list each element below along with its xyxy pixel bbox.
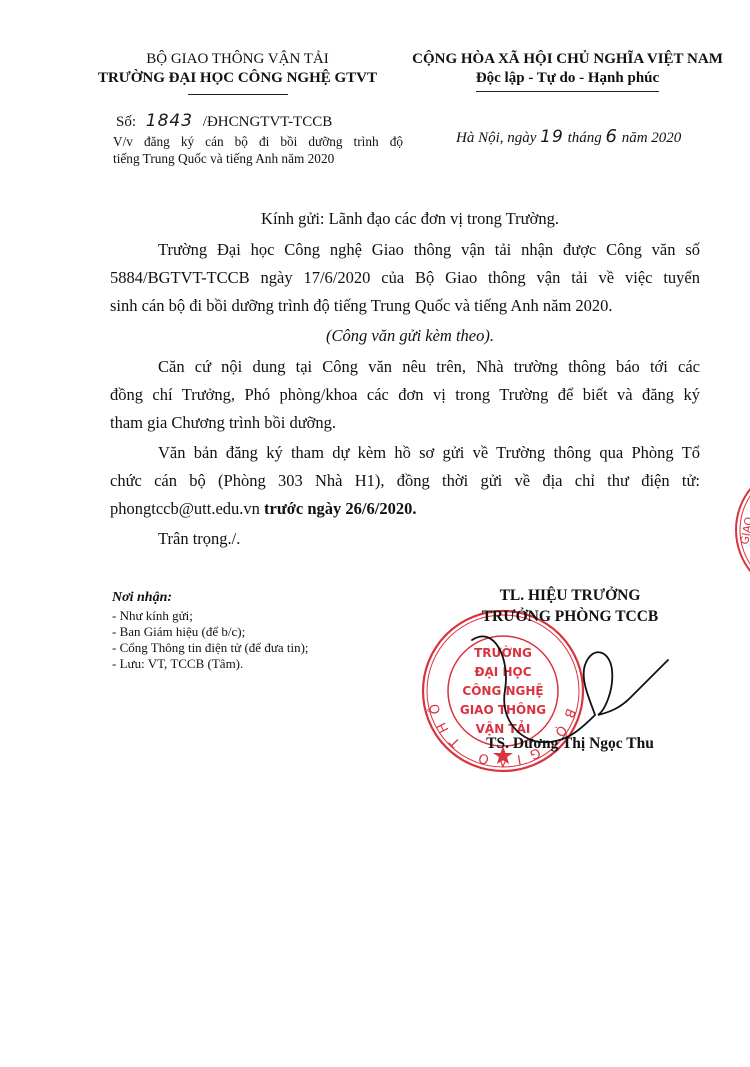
paragraph-line: sinh cán bộ đi bồi dưỡng trình độ tiếng …: [110, 292, 700, 320]
paragraph-line: phongtccb@utt.edu.vn trước ngày 26/6/202…: [110, 495, 700, 523]
signer-name: TS. Dương Thị Ngọc Thu: [410, 735, 730, 753]
partial-stamp-icon: GIAO: [722, 460, 750, 600]
recipient-item: - Ban Giám hiệu (để b/c);: [112, 624, 309, 640]
header-left: BỘ GIAO THÔNG VẬN TẢI TRƯỜNG ĐẠI HỌC CÔN…: [95, 50, 380, 95]
ministry-name: BỘ GIAO THÔNG VẬN TẢI: [95, 50, 380, 69]
paragraph-line: chức cán bộ (Phòng 303 Nhà H1), đồng thờ…: [110, 467, 700, 495]
doc-number-prefix: Số:: [116, 114, 136, 130]
paragraph-line: Trường Đại học Công nghệ Giao thông vận …: [110, 236, 700, 264]
recipients: Nơi nhận: - Như kính gửi; - Ban Giám hiệ…: [112, 590, 309, 672]
attachment-note: (Công văn gửi kèm theo).: [100, 322, 720, 350]
date-month-label: tháng: [568, 130, 602, 146]
paragraph-3: Văn bản đăng ký tham dự kèm hồ sơ gửi về…: [110, 439, 700, 523]
doc-number-suffix: /ĐHCNGTVT-TCCB: [203, 114, 332, 130]
signature-icon: [470, 620, 670, 750]
email-link[interactable]: phongtccb@utt.edu.vn: [110, 499, 260, 518]
place-date-prefix: Hà Nội, ngày: [456, 130, 536, 146]
salutation: Kính gửi: Lãnh đạo các đơn vị trong Trườ…: [100, 205, 720, 233]
paragraph-1: Trường Đại học Công nghệ Giao thông vận …: [110, 236, 700, 320]
recipient-item: - Lưu: VT, TCCB (Tâm).: [112, 656, 309, 672]
nation-name: CỘNG HÒA XÃ HỘI CHỦ NGHĨA VIỆT NAM: [395, 50, 740, 69]
partial-stamp-text: GIAO: [738, 516, 750, 546]
recipients-title: Nơi nhận:: [112, 590, 309, 606]
recipient-item: - Như kính gửi;: [112, 608, 309, 624]
subject-line: tiếng Trung Quốc và tiếng Anh năm 2020: [113, 150, 403, 167]
paragraph-line: đồng chí Trưởng, Phó phòng/khoa các đơn …: [110, 381, 700, 409]
paragraph-line: tham gia Chương trình bồi dưỡng.: [110, 409, 700, 437]
paragraph-2: Căn cứ nội dung tại Công văn nêu trên, N…: [110, 353, 700, 437]
subject: V/v đăng ký cán bộ đi bồi dưỡng trình độ…: [113, 133, 403, 167]
header-left-underline: [188, 94, 288, 95]
header-right: CỘNG HÒA XÃ HỘI CHỦ NGHĨA VIỆT NAM Độc l…: [395, 50, 740, 92]
paragraph-line: Văn bản đăng ký tham dự kèm hồ sơ gửi về…: [110, 439, 700, 467]
document-number: Số: 1843 /ĐHCNGTVT-TCCB: [116, 111, 332, 131]
recipient-item: - Cổng Thông tin điện tử (để đưa tin);: [112, 640, 309, 656]
place-date: Hà Nội, ngày 19 tháng 6 năm 2020: [456, 126, 681, 147]
paragraph-line: Căn cứ nội dung tại Công văn nêu trên, N…: [110, 353, 700, 381]
school-name: TRƯỜNG ĐẠI HỌC CÔNG NGHỆ GTVT: [95, 69, 380, 88]
national-motto: Độc lập - Tự do - Hạnh phúc: [476, 69, 659, 92]
date-day: 19: [540, 127, 564, 147]
date-year: năm 2020: [622, 130, 682, 146]
doc-number-handwritten: 1843: [146, 111, 193, 131]
signature-title-1: TL. HIỆU TRƯỞNG: [410, 585, 730, 606]
deadline: trước ngày 26/6/2020.: [264, 499, 416, 518]
paragraph-line: 5884/BGTVT-TCCB ngày 17/6/2020 của Bộ Gi…: [110, 264, 700, 292]
closing: Trân trọng./.: [158, 525, 240, 553]
date-month: 6: [605, 126, 617, 147]
subject-line: V/v đăng ký cán bộ đi bồi dưỡng trình độ: [113, 133, 403, 150]
